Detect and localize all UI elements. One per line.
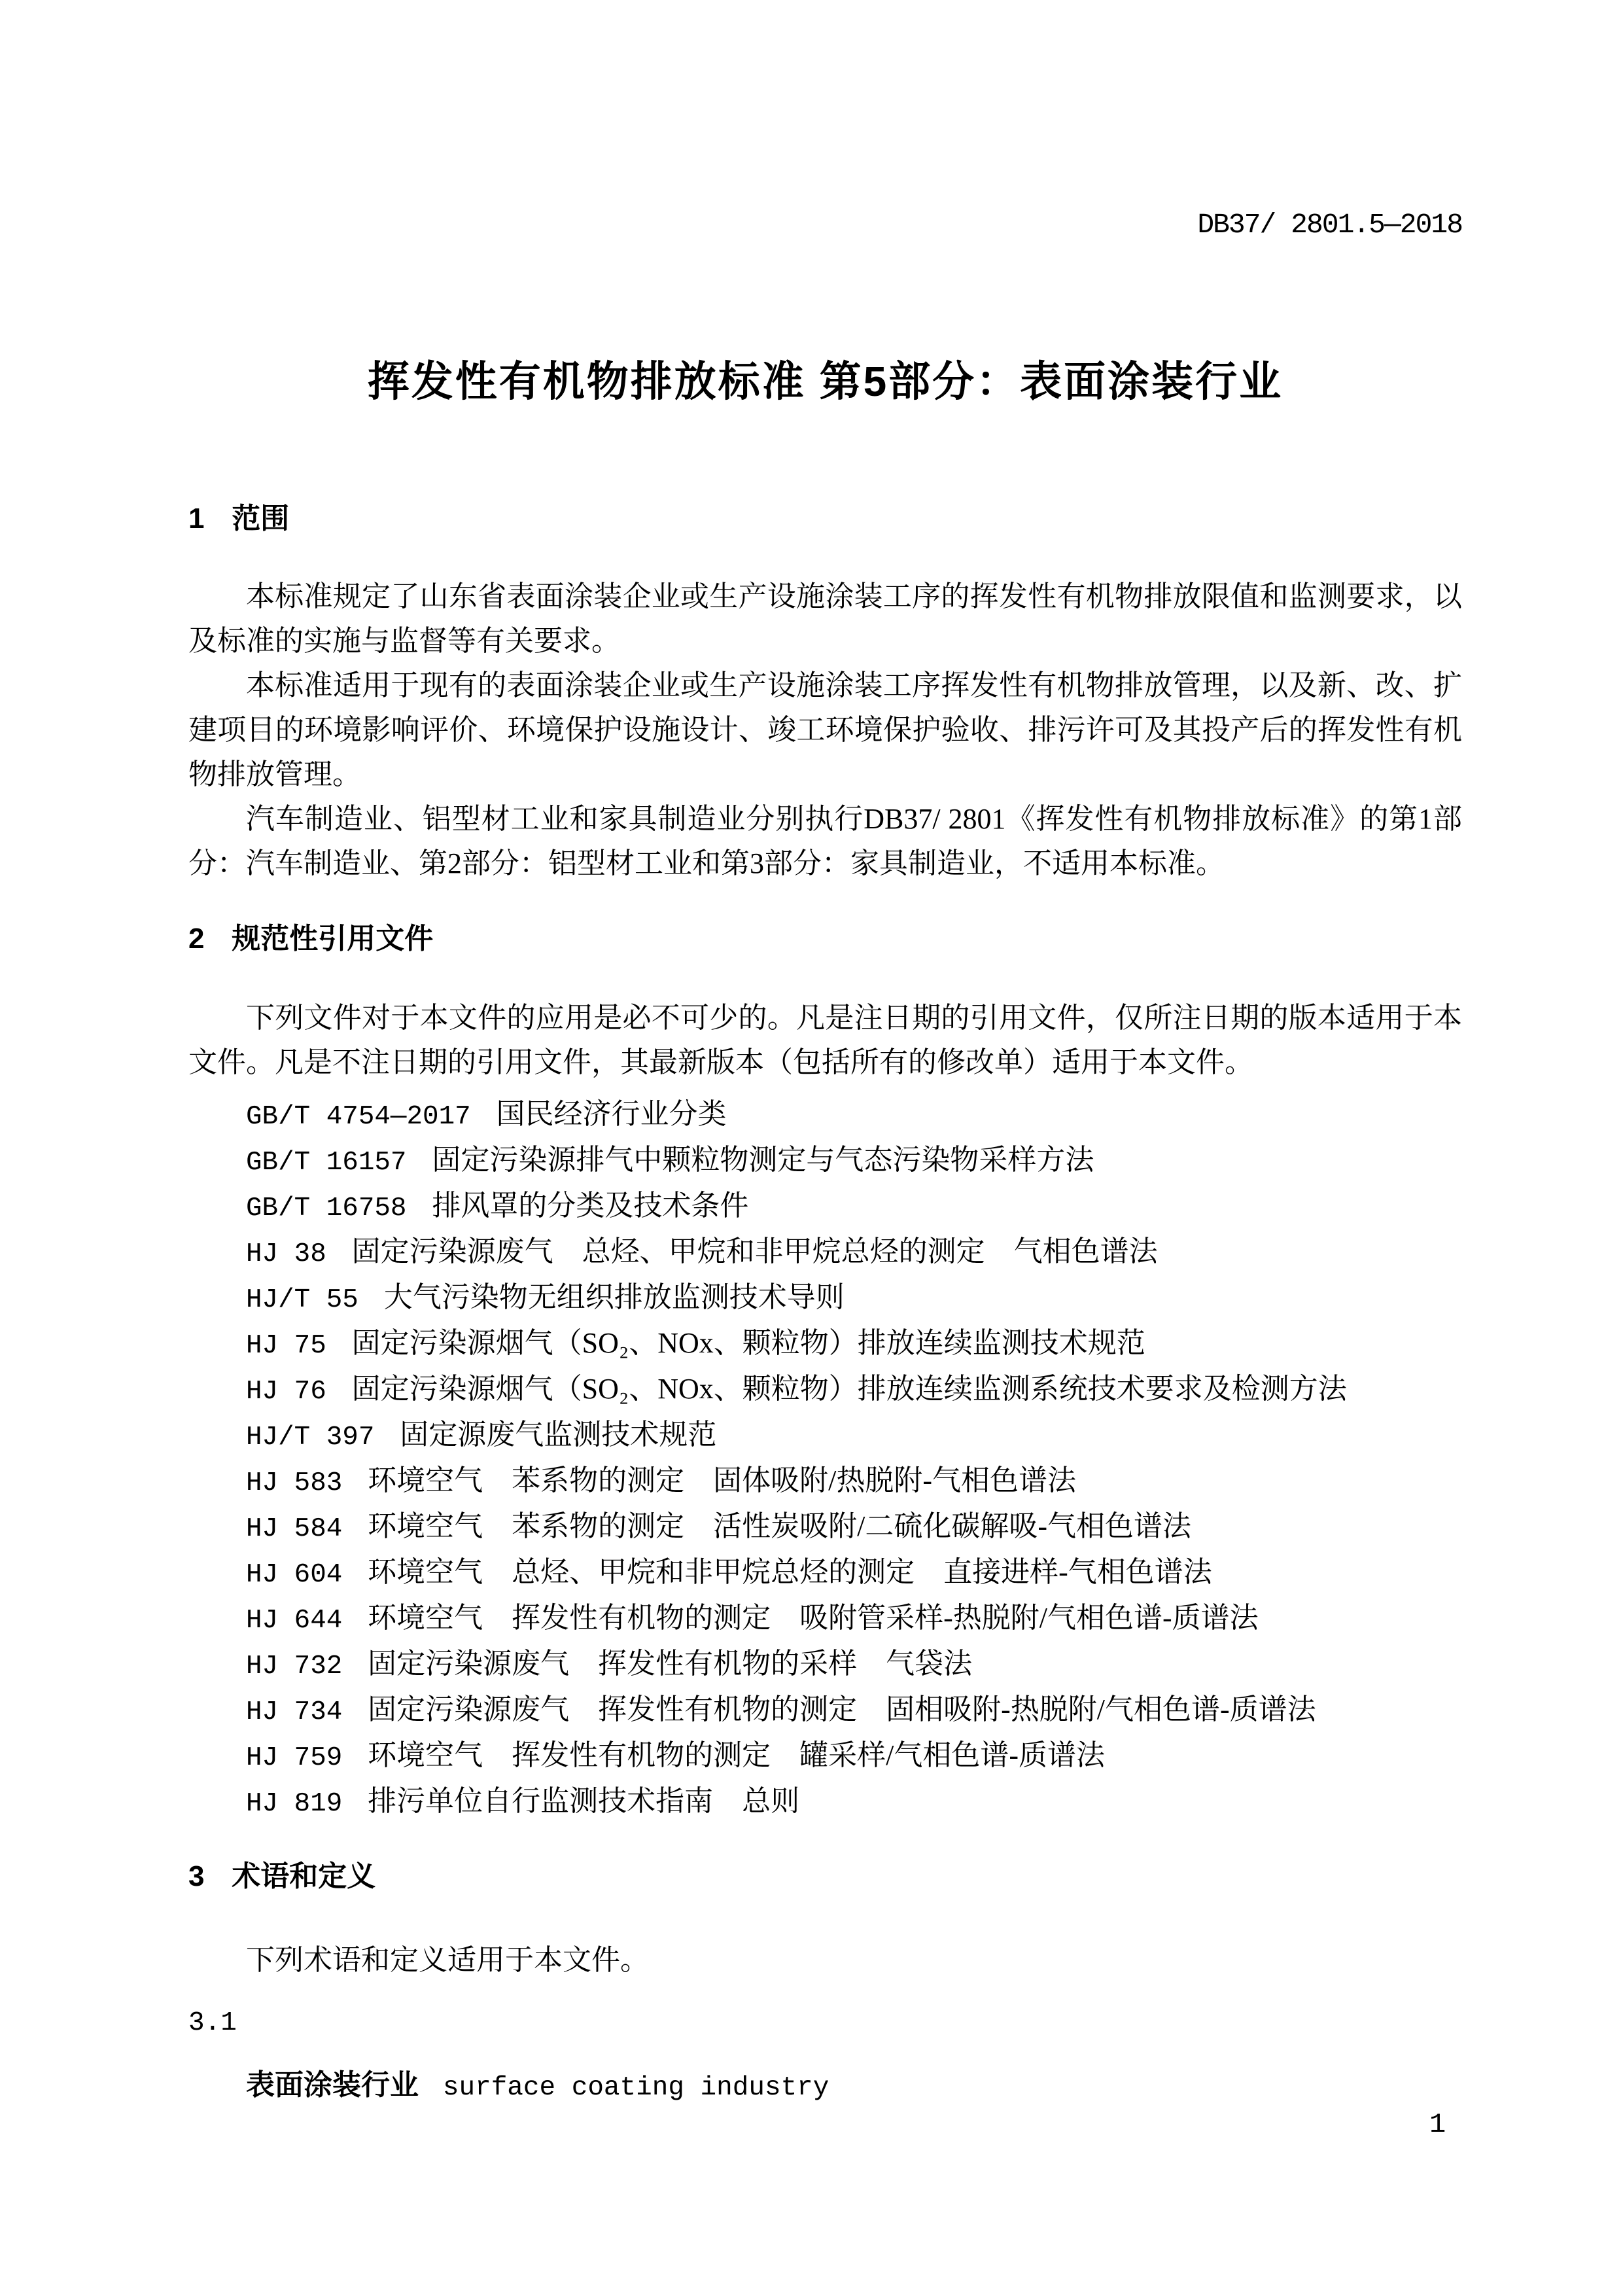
reference-title: 大气污染物无组织排放监测技术导则 <box>384 1281 845 1313</box>
reference-id: HJ 583 <box>246 1468 342 1498</box>
reference-title: 固定污染源废气 挥发性有机物的采样 气袋法 <box>368 1648 972 1680</box>
section-1-title: 范围 <box>232 503 289 535</box>
reference-id: HJ 75 <box>246 1331 326 1361</box>
reference-title: 固定污染源废气 总烃、甲烷和非甲烷总烃的测定 气相色谱法 <box>352 1235 1158 1267</box>
reference-id: HJ 644 <box>246 1606 342 1636</box>
reference-item: HJ 76固定污染源烟气（SO₂、NOx、颗粒物）排放连续监测系统技术要求及检测… <box>188 1368 1462 1413</box>
term-zh: 表面涂装行业 <box>246 2069 419 2101</box>
reference-item: HJ 75固定污染源烟气（SO₂、NOx、颗粒物）排放连续监测技术规范 <box>188 1322 1462 1368</box>
terms-list: 3.1 表面涂装行业surface coating industry <box>188 2010 1462 2102</box>
reference-id: HJ 604 <box>246 1560 342 1590</box>
reference-item: HJ 584环境空气 苯系物的测定 活性炭吸附/二硫化碳解吸-气相色谱法 <box>188 1505 1462 1551</box>
reference-item: HJ 604环境空气 总烃、甲烷和非甲烷总烃的测定 直接进样-气相色谱法 <box>188 1551 1462 1597</box>
reference-item: HJ/T 397固定源废气监测技术规范 <box>188 1413 1462 1459</box>
paragraph: 本标准适用于现有的表面涂装企业或生产设施涂装工序挥发性有机物排放管理，以及新、改… <box>188 663 1462 797</box>
section-1-paragraphs: 本标准规定了山东省表面涂装企业或生产设施涂装工序的挥发性有机物排放限值和监测要求… <box>188 574 1462 886</box>
reference-id: HJ/T 397 <box>246 1422 374 1453</box>
reference-id: GB/T 16157 <box>246 1148 406 1178</box>
reference-id: GB/T 16758 <box>246 1193 406 1224</box>
reference-title: 固定源废气监测技术规范 <box>400 1419 716 1451</box>
reference-item: HJ 819排污单位自行监测技术指南 总则 <box>188 1780 1462 1826</box>
doc-title: 挥发性有机物排放标准 第5部分：表面涂装行业 <box>188 361 1462 402</box>
section-1-number: 1 <box>188 504 204 534</box>
reference-id: HJ 732 <box>246 1651 342 1682</box>
reference-item: HJ 583环境空气 苯系物的测定 固体吸附/热脱附-气相色谱法 <box>188 1459 1462 1505</box>
reference-title: 环境空气 苯系物的测定 固体吸附/热脱附-气相色谱法 <box>368 1464 1076 1496</box>
term-line: 表面涂装行业surface coating industry <box>188 2071 1462 2102</box>
section-3-heading: 3术语和定义 <box>188 1862 1462 1892</box>
reference-id: HJ 734 <box>246 1697 342 1727</box>
reference-title: 环境空气 苯系物的测定 活性炭吸附/二硫化碳解吸-气相色谱法 <box>368 1510 1191 1542</box>
reference-item: HJ/T 55大气污染物无组织排放监测技术导则 <box>188 1276 1462 1322</box>
reference-title: 固定污染源排气中颗粒物测定与气态污染物采样方法 <box>432 1144 1094 1176</box>
document-page: DB37/ 2801.5—2018 挥发性有机物排放标准 第5部分：表面涂装行业… <box>0 0 1623 2296</box>
reference-title: 排风罩的分类及技术条件 <box>432 1190 748 1222</box>
reference-title: 环境空气 挥发性有机物的测定 吸附管采样-热脱附/气相色谱-质谱法 <box>368 1602 1259 1634</box>
references-intro: 下列文件对于本文件的应用是必不可少的。凡是注日期的引用文件，仅所注日期的版本适用… <box>188 996 1462 1085</box>
reference-item: HJ 38固定污染源废气 总烃、甲烷和非甲烷总烃的测定 气相色谱法 <box>188 1230 1462 1276</box>
reference-id: HJ 584 <box>246 1514 342 1544</box>
reference-title: 环境空气 总烃、甲烷和非甲烷总烃的测定 直接进样-气相色谱法 <box>368 1556 1212 1588</box>
reference-item: HJ 759环境空气 挥发性有机物的测定 罐采样/气相色谱-质谱法 <box>188 1734 1462 1780</box>
reference-item: HJ 644环境空气 挥发性有机物的测定 吸附管采样-热脱附/气相色谱-质谱法 <box>188 1597 1462 1642</box>
section-2-heading: 2规范性引用文件 <box>188 924 1462 954</box>
paragraph: 汽车制造业、铝型材工业和家具制造业分别执行DB37/ 2801《挥发性有机物排放… <box>188 797 1462 886</box>
reference-title: 环境空气 挥发性有机物的测定 罐采样/气相色谱-质谱法 <box>368 1739 1105 1771</box>
term-number: 3.1 <box>188 2010 1462 2037</box>
reference-item: GB/T 4754—2017国民经济行业分类 <box>188 1093 1462 1139</box>
paragraph: 本标准规定了山东省表面涂装企业或生产设施涂装工序的挥发性有机物排放限值和监测要求… <box>188 574 1462 663</box>
reference-id: HJ 76 <box>246 1377 326 1407</box>
section-scope: 1范围 本标准规定了山东省表面涂装企业或生产设施涂装工序的挥发性有机物排放限值和… <box>188 504 1462 886</box>
reference-item: HJ 734固定污染源废气 挥发性有机物的测定 固相吸附-热脱附/气相色谱-质谱… <box>188 1688 1462 1734</box>
reference-title: 国民经济行业分类 <box>497 1098 727 1130</box>
reference-title: 排污单位自行监测技术指南 总则 <box>368 1785 799 1817</box>
reference-title: 固定污染源烟气（SO₂、NOx、颗粒物）排放连续监测系统技术要求及检测方法 <box>352 1373 1347 1405</box>
section-terms: 3术语和定义 下列术语和定义适用于本文件。 3.1 表面涂装行业surface … <box>188 1862 1462 2101</box>
reference-id: HJ 759 <box>246 1743 342 1773</box>
reference-id: HJ 38 <box>246 1239 326 1269</box>
terms-intro: 下列术语和定义适用于本文件。 <box>188 1938 1462 1983</box>
reference-title: 固定污染源烟气（SO₂、NOx、颗粒物）排放连续监测技术规范 <box>352 1327 1145 1359</box>
reference-item: GB/T 16157固定污染源排气中颗粒物测定与气态污染物采样方法 <box>188 1139 1462 1184</box>
term-entry: 3.1 表面涂装行业surface coating industry <box>188 2010 1462 2102</box>
reference-title: 固定污染源废气 挥发性有机物的测定 固相吸附-热脱附/气相色谱-质谱法 <box>368 1693 1316 1725</box>
section-3-title: 术语和定义 <box>232 1860 375 1892</box>
doc-header: DB37/ 2801.5—2018 <box>188 0 1462 239</box>
page-number: 1 <box>1429 2111 1446 2138</box>
reference-item: GB/T 16758排风罩的分类及技术条件 <box>188 1184 1462 1230</box>
references-list: GB/T 4754—2017国民经济行业分类 GB/T 16157固定污染源排气… <box>188 1093 1462 1826</box>
reference-item: HJ 732固定污染源废气 挥发性有机物的采样 气袋法 <box>188 1642 1462 1688</box>
section-1-heading: 1范围 <box>188 504 1462 534</box>
doc-number: DB37/ 2801.5—2018 <box>1197 209 1462 241</box>
section-normative-references: 2规范性引用文件 下列文件对于本文件的应用是必不可少的。凡是注日期的引用文件，仅… <box>188 924 1462 1826</box>
term-en: surface coating industry <box>443 2073 829 2103</box>
section-2-number: 2 <box>188 924 204 954</box>
section-2-title: 规范性引用文件 <box>232 923 433 955</box>
reference-id: GB/T 4754—2017 <box>246 1102 471 1132</box>
section-3-number: 3 <box>188 1862 204 1892</box>
reference-id: HJ 819 <box>246 1789 342 1819</box>
reference-id: HJ/T 55 <box>246 1285 358 1315</box>
